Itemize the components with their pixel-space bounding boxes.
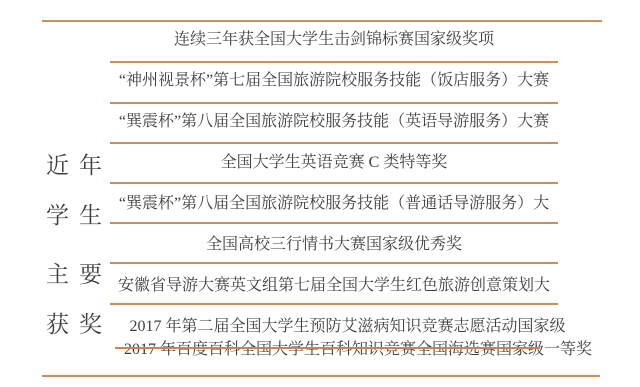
table-row: “巽震杯”第八届全国旅游院校服务技能（普通话导游服务）大 — [110, 195, 558, 213]
table-row-header-line-4: 获奖 — [46, 312, 112, 338]
table-row: 连续三年获全国大学生击剑锦标赛国家级奖项 — [110, 31, 558, 49]
row-separator-line — [110, 142, 558, 144]
table-row: 全国高校三行情书大赛国家级优秀奖 — [110, 236, 558, 254]
table-row-header-line-3: 主要 — [46, 262, 112, 288]
table-row: 2017 年百度百科全国大学生百科知识竞赛全国海选赛国家级一等奖 — [97, 341, 619, 359]
row-separator-line — [110, 102, 558, 104]
table-bottom-border-line — [42, 375, 600, 377]
row-separator-line-overlapping-text — [115, 347, 540, 349]
table-row: “巽震杯”第八届全国旅游院校服务技能（英语导游服务）大赛 — [110, 113, 558, 131]
row-separator-line — [110, 303, 558, 305]
row-separator-line — [110, 61, 558, 63]
row-separator-line — [110, 262, 558, 264]
awards-table-page: 近年 学生 主要 获奖 连续三年获全国大学生击剑锦标赛国家级奖项 “神州视景杯”… — [0, 0, 640, 387]
table-row-header-line-1: 近年 — [46, 153, 112, 179]
table-row: “神州视景杯”第七届全国旅游院校服务技能（饭店服务）大赛 — [110, 72, 558, 90]
table-row: 2017 年第二届全国大学生预防艾滋病知识竞赛志愿活动国家级 — [125, 318, 570, 336]
row-separator-line — [110, 182, 558, 184]
row-separator-line — [110, 222, 558, 224]
table-row: 全国大学生英语竞赛 C 类特等奖 — [110, 154, 558, 172]
table-top-border-line — [42, 20, 602, 22]
table-row-header-line-2: 学生 — [46, 203, 112, 229]
table-row: 安徽省导游大赛英文组第七届全国大学生红色旅游创意策划大 — [110, 277, 558, 295]
